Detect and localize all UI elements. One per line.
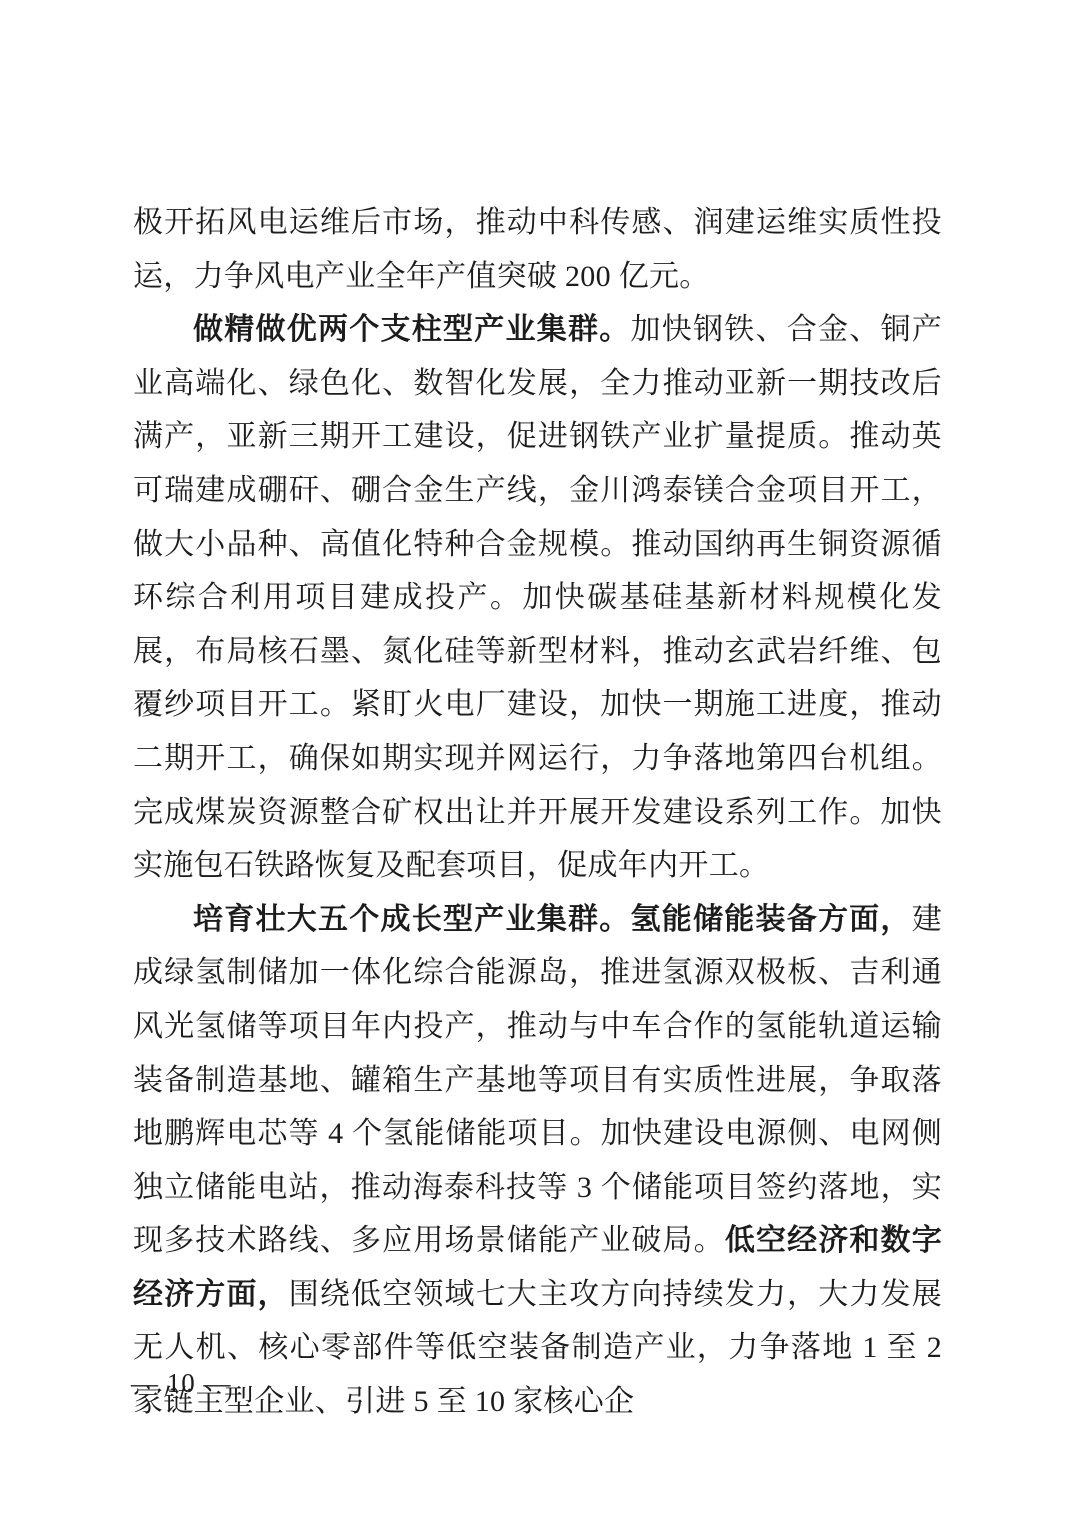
text-run: 建成绿氢制储加一体化综合能源岛，推进氢源双极板、吉利通风光氢储等项目年内投产，推… [133, 903, 942, 1258]
text-run: 极开拓风电运维后市场，推动中科传感、润建运维实质性投运，力争风电产业全年产值突破… [133, 206, 942, 293]
paragraph-pillar-industries: 做精做优两个支柱型产业集群。加快钢铁、合金、铜产业高端化、绿色化、数智化发展，全… [133, 303, 942, 893]
text-run-bold-heading: 培育壮大五个成长型产业集群。氢能储能装备方面， [193, 903, 912, 936]
text-run-bold-heading: 做精做优两个支柱型产业集群。 [193, 313, 630, 346]
paragraph-growth-industries: 培育壮大五个成长型产业集群。氢能储能装备方面，建成绿氢制储加一体化综合能源岛，推… [133, 893, 942, 1429]
text-run: 加快钢铁、合金、铜产业高端化、绿色化、数智化发展，全力推动亚新一期技改后满产，亚… [133, 313, 942, 882]
page-number: — 10 — [131, 1368, 232, 1399]
paragraph-continuation: 极开拓风电运维后市场，推动中科传感、润建运维实质性投运，力争风电产业全年产值突破… [133, 196, 942, 303]
document-body: 极开拓风电运维后市场，推动中科传感、润建运维实质性投运，力争风电产业全年产值突破… [133, 196, 942, 1429]
document-page: 极开拓风电运维后市场，推动中科传感、润建运维实质性投运，力争风电产业全年产值突破… [0, 0, 1074, 1520]
